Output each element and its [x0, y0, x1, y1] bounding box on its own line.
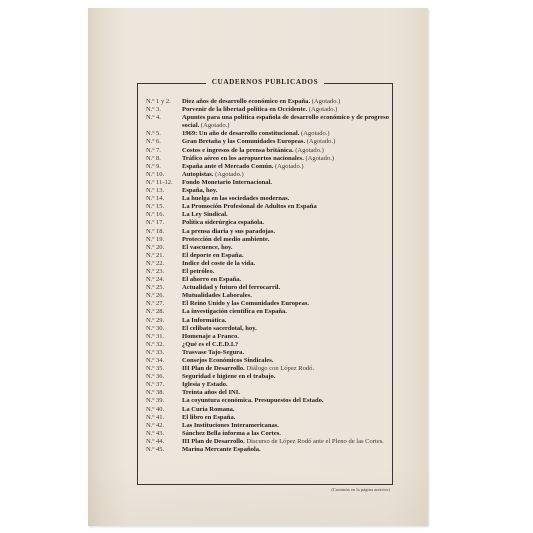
issue-title: Sánchez Bella informa a las Cortes.	[182, 430, 281, 437]
issue-title-block: España ante el Mercado Común. (Agotado.)	[182, 163, 392, 171]
issue-title: El ahorro en España.	[182, 276, 241, 283]
issue-note: Diálogo con López Rodó.	[246, 365, 314, 372]
issue-title-block: ¿Qué es el C.E.D.I.?	[182, 341, 392, 349]
list-item: N.º 8.Tráfico aéreo en los aeropuertos n…	[146, 155, 392, 163]
issue-number: N.º 28.	[146, 308, 182, 316]
issue-title: Iglesia y Estado.	[182, 381, 228, 388]
issue-title-block: Gran Bretaña y las Comunidades Europeas.…	[182, 138, 392, 146]
issue-title: Porvenir de la libertad política en Occi…	[182, 106, 307, 113]
list-item: N.º 3.Porvenir de la libertad política e…	[146, 106, 392, 114]
issue-number: N.º 6.	[146, 138, 182, 146]
issue-number: N.º 33.	[146, 349, 182, 357]
issue-title: El vascuence, hoy.	[182, 244, 233, 251]
issue-title-block: III Plan de Desarrollo. Diálogo con Lópe…	[182, 365, 392, 373]
issue-title: La Curia Romana.	[182, 406, 235, 413]
list-item: N.º 13.España, hoy.	[146, 187, 392, 195]
list-item: N.º 17.Política siderúrgica española.	[146, 219, 392, 227]
issue-number: N.º 26.	[146, 292, 182, 300]
issue-title-block: Autopistas. (Agotado.)	[182, 171, 392, 179]
issue-title: Consejos Económicos Sindicales.	[182, 357, 273, 364]
issue-title: La huelga en las sociedades modernas.	[182, 195, 289, 202]
issue-title: Costos e ingresos de la prensa británica…	[182, 147, 294, 154]
issue-note: (Agotado.)	[305, 155, 334, 162]
list-item: N.º 42.Las Instituciones Interamericanas…	[146, 422, 392, 430]
list-item: N.º 33.Trasvase Tajo-Segura.	[146, 349, 392, 357]
issue-number: N.º 13.	[146, 187, 182, 195]
issue-title-block: Mutualidades Laborales.	[182, 292, 392, 300]
issue-title-block: La coyuntura económica. Presupuestos del…	[182, 397, 392, 405]
issue-title-block: La prensa diaria y sus paradojas.	[182, 228, 392, 236]
issue-title-block: Sánchez Bella informa a las Cortes.	[182, 430, 392, 438]
issue-title-block: III Plan de Desarrollo. Discurso de Lópe…	[182, 438, 392, 446]
list-item: N.º 29.La Informática.	[146, 317, 392, 325]
issue-title-block: El libro en España.	[182, 414, 392, 422]
issue-number: N.º 4.	[146, 114, 182, 130]
issue-note: (Agotado.)	[201, 122, 230, 129]
issue-number: N.º 29.	[146, 317, 182, 325]
list-item: N.º 4.Apuntes para una política española…	[146, 114, 392, 130]
issue-title-block: Consejos Económicos Sindicales.	[182, 357, 392, 365]
issue-number: N.º 14.	[146, 195, 182, 203]
issue-title-block: La investigación científica en España.	[182, 308, 392, 316]
issue-title: La Ley Sindical.	[182, 211, 228, 218]
issue-number: N.º 32.	[146, 341, 182, 349]
issue-title: El Reino Unido y las Comunidades Europea…	[182, 300, 309, 307]
list-item: N.º 11-12.Fondo Monetario Internacional.	[146, 179, 392, 187]
issue-title: Política siderúrgica española.	[182, 219, 264, 226]
issue-note: (Agotado.)	[307, 138, 336, 145]
issue-number: N.º 17.	[146, 219, 182, 227]
list-item: N.º 19.Protección del medio ambiente.	[146, 236, 392, 244]
issue-number: N.º 19.	[146, 236, 182, 244]
issue-number: N.º 21.	[146, 252, 182, 260]
issue-number: N.º 1 y 2.	[146, 98, 182, 106]
issue-title: Seguridad e higiene en el trabajo.	[182, 373, 275, 380]
issue-title: Diez años de desarrollo económico en Esp…	[182, 98, 310, 105]
list-item: N.º 22.Indice del coste de la vida.	[146, 260, 392, 268]
issue-number: N.º 40.	[146, 406, 182, 414]
issue-title: Protección del medio ambiente.	[182, 236, 270, 243]
issue-title-block: 1969: Un año de desarrollo constituciona…	[182, 130, 392, 138]
issue-number: N.º 36.	[146, 373, 182, 381]
issue-title-block: Protección del medio ambiente.	[182, 236, 392, 244]
list-item: N.º 34.Consejos Económicos Sindicales.	[146, 357, 392, 365]
issue-number: N.º 41.	[146, 414, 182, 422]
issue-number: N.º 27.	[146, 300, 182, 308]
list-item: N.º 27.El Reino Unido y las Comunidades …	[146, 300, 392, 308]
list-item: N.º 39.La coyuntura económica. Presupues…	[146, 397, 392, 405]
list-item: N.º 14.La huelga en las sociedades moder…	[146, 195, 392, 203]
issue-number: N.º 16.	[146, 211, 182, 219]
issue-number: N.º 20.	[146, 244, 182, 252]
issue-title: La coyuntura económica. Presupuestos del…	[182, 397, 324, 404]
list-item: N.º 43.Sánchez Bella informa a las Corte…	[146, 430, 392, 438]
issue-title-block: Iglesia y Estado.	[182, 381, 392, 389]
issue-note: (Agotado.)	[295, 147, 324, 154]
list-item: N.º 28.La investigación científica en Es…	[146, 308, 392, 316]
issue-number: N.º 31.	[146, 333, 182, 341]
issue-title-block: Apuntes para una política española de de…	[182, 114, 392, 130]
issue-title: Marina Mercante Española.	[182, 446, 261, 453]
issue-title: Mutualidades Laborales.	[182, 292, 252, 299]
issue-title-block: El Reino Unido y las Comunidades Europea…	[182, 300, 392, 308]
issue-title-block: La Promoción Profesional de Adultos en E…	[182, 203, 392, 211]
continuation-note: (Continúa en la página anterior)	[331, 487, 390, 492]
issue-number: N.º 34.	[146, 357, 182, 365]
list-item: N.º 1 y 2.Diez años de desarrollo económ…	[146, 98, 392, 106]
issue-note: (Agotado.)	[309, 106, 338, 113]
issue-title: Trasvase Tajo-Segura.	[182, 349, 244, 356]
list-item: N.º 41.El libro en España.	[146, 414, 392, 422]
issue-number: N.º 18.	[146, 228, 182, 236]
issue-title-block: El vascuence, hoy.	[182, 244, 392, 252]
issue-title: III Plan de Desarrollo.	[182, 365, 245, 372]
issue-number: N.º 5.	[146, 130, 182, 138]
issue-title: Autopistas.	[182, 171, 213, 178]
issue-title-block: El petróleo.	[182, 268, 392, 276]
issue-number: N.º 39.	[146, 397, 182, 405]
issue-number: N.º 30.	[146, 325, 182, 333]
issue-number: N.º 35.	[146, 365, 182, 373]
issue-number: N.º 11-12.	[146, 179, 182, 187]
issue-title: La Promoción Profesional de Adultos en E…	[182, 203, 317, 210]
issue-title-block: Indice del coste de la vida.	[182, 260, 392, 268]
issue-title-block: Costos e ingresos de la prensa británica…	[182, 147, 392, 155]
issue-note: (Agotado.)	[275, 163, 304, 170]
publications-list: N.º 1 y 2.Diez años de desarrollo económ…	[146, 98, 392, 454]
list-item: N.º 15.La Promoción Profesional de Adult…	[146, 203, 392, 211]
list-item: N.º 36.Seguridad e higiene en el trabajo…	[146, 373, 392, 381]
list-item: N.º 32.¿Qué es el C.E.D.I.?	[146, 341, 392, 349]
issue-number: N.º 8.	[146, 155, 182, 163]
issue-title-block: Seguridad e higiene en el trabajo.	[182, 373, 392, 381]
issue-title: El celibato sacerdotal, hoy.	[182, 325, 257, 332]
section-heading: CUADERNOS PUBLICADOS	[206, 78, 324, 86]
issue-title: Gran Bretaña y las Comunidades Europeas.	[182, 138, 305, 145]
publications-frame: CUADERNOS PUBLICADOS N.º 1 y 2.Diez años…	[137, 83, 393, 485]
issue-title: España ante el Mercado Común.	[182, 163, 273, 170]
issue-number: N.º 42.	[146, 422, 182, 430]
list-item: N.º 7.Costos e ingresos de la prensa bri…	[146, 147, 392, 155]
list-item: N.º 38.Treinta años del INI.	[146, 389, 392, 397]
issue-title: Indice del coste de la vida.	[182, 260, 255, 267]
list-item: N.º 30.El celibato sacerdotal, hoy.	[146, 325, 392, 333]
issue-title: Treinta años del INI.	[182, 389, 240, 396]
issue-title-block: El ahorro en España.	[182, 276, 392, 284]
issue-title: Homenaje a Franco.	[182, 333, 239, 340]
issue-title: El libro en España.	[182, 414, 235, 421]
issue-title-block: Fondo Monetario Internacional.	[182, 179, 392, 187]
issue-number: N.º 44.	[146, 438, 182, 446]
issue-number: N.º 15.	[146, 203, 182, 211]
issue-title-block: La Ley Sindical.	[182, 211, 392, 219]
issue-number: N.º 10.	[146, 171, 182, 179]
issue-number: N.º 37.	[146, 381, 182, 389]
issue-number: N.º 22.	[146, 260, 182, 268]
list-item: N.º 25.Actualidad y futuro del ferrocarr…	[146, 284, 392, 292]
list-item: N.º 26.Mutualidades Laborales.	[146, 292, 392, 300]
issue-title-block: Tráfico aéreo en los aeropuertos naciona…	[182, 155, 392, 163]
issue-number: N.º 45.	[146, 446, 182, 454]
issue-title-block: España, hoy.	[182, 187, 392, 195]
issue-title: El petróleo.	[182, 268, 214, 275]
list-item: N.º 40.La Curia Romana.	[146, 406, 392, 414]
document-page: CUADERNOS PUBLICADOS N.º 1 y 2.Diez años…	[88, 8, 428, 526]
issue-title: Las Instituciones Interamericanas.	[182, 422, 279, 429]
issue-number: N.º 9.	[146, 163, 182, 171]
frame-title: CUADERNOS PUBLICADOS	[138, 78, 392, 86]
issue-title-block: Política siderúrgica española.	[182, 219, 392, 227]
issue-number: N.º 24.	[146, 276, 182, 284]
list-item: N.º 45.Marina Mercante Española.	[146, 446, 392, 454]
issue-title-block: Trasvase Tajo-Segura.	[182, 349, 392, 357]
issue-title: III Plan de Desarrollo.	[182, 438, 245, 445]
issue-title-block: La Curia Romana.	[182, 406, 392, 414]
list-item: N.º 24.El ahorro en España.	[146, 276, 392, 284]
issue-title-block: Actualidad y futuro del ferrocarril.	[182, 284, 392, 292]
list-item: N.º 18.La prensa diaria y sus paradojas.	[146, 228, 392, 236]
list-item: N.º 23.El petróleo.	[146, 268, 392, 276]
issue-title-block: Porvenir de la libertad política en Occi…	[182, 106, 392, 114]
issue-number: N.º 3.	[146, 106, 182, 114]
issue-number: N.º 23.	[146, 268, 182, 276]
issue-title-block: El celibato sacerdotal, hoy.	[182, 325, 392, 333]
issue-note: (Agotado.)	[312, 98, 341, 105]
list-item: N.º 9.España ante el Mercado Común. (Ago…	[146, 163, 392, 171]
list-item: N.º 6.Gran Bretaña y las Comunidades Eur…	[146, 138, 392, 146]
issue-title: Tráfico aéreo en los aeropuertos naciona…	[182, 155, 304, 162]
issue-note: Discurso de López Rodó ante el Pleno de …	[246, 438, 383, 445]
issue-note: (Agotado.)	[301, 130, 330, 137]
issue-title: España, hoy.	[182, 187, 217, 194]
list-item: N.º 10.Autopistas. (Agotado.)	[146, 171, 392, 179]
issue-title: La prensa diaria y sus paradojas.	[182, 228, 275, 235]
issue-number: N.º 38.	[146, 389, 182, 397]
issue-number: N.º 7.	[146, 147, 182, 155]
issue-title: El deporte en España.	[182, 252, 243, 259]
issue-title-block: Marina Mercante Española.	[182, 446, 392, 454]
list-item: N.º 16.La Ley Sindical.	[146, 211, 392, 219]
issue-title-block: Diez años de desarrollo económico en Esp…	[182, 98, 392, 106]
issue-title: La Informática.	[182, 317, 226, 324]
issue-title-block: Homenaje a Franco.	[182, 333, 392, 341]
issue-title: 1969: Un año de desarrollo constituciona…	[182, 130, 299, 137]
list-item: N.º 20.El vascuence, hoy.	[146, 244, 392, 252]
list-item: N.º 5.1969: Un año de desarrollo constit…	[146, 130, 392, 138]
issue-title-block: Las Instituciones Interamericanas.	[182, 422, 392, 430]
issue-title-block: El deporte en España.	[182, 252, 392, 260]
issue-number: N.º 43.	[146, 430, 182, 438]
list-item: N.º 31.Homenaje a Franco.	[146, 333, 392, 341]
list-item: N.º 35.III Plan de Desarrollo. Diálogo c…	[146, 365, 392, 373]
issue-title: ¿Qué es el C.E.D.I.?	[182, 341, 238, 348]
list-item: N.º 21.El deporte en España.	[146, 252, 392, 260]
list-item: N.º 37.Iglesia y Estado.	[146, 381, 392, 389]
issue-title-block: La Informática.	[182, 317, 392, 325]
list-item: N.º 44.III Plan de Desarrollo. Discurso …	[146, 438, 392, 446]
issue-number: N.º 25.	[146, 284, 182, 292]
issue-title-block: La huelga en las sociedades modernas.	[182, 195, 392, 203]
issue-title: Actualidad y futuro del ferrocarril.	[182, 284, 280, 291]
issue-note: (Agotado.)	[215, 171, 244, 178]
issue-title-block: Treinta años del INI.	[182, 389, 392, 397]
issue-title: La investigación científica en España.	[182, 308, 287, 315]
issue-title: Fondo Monetario Internacional.	[182, 179, 272, 186]
